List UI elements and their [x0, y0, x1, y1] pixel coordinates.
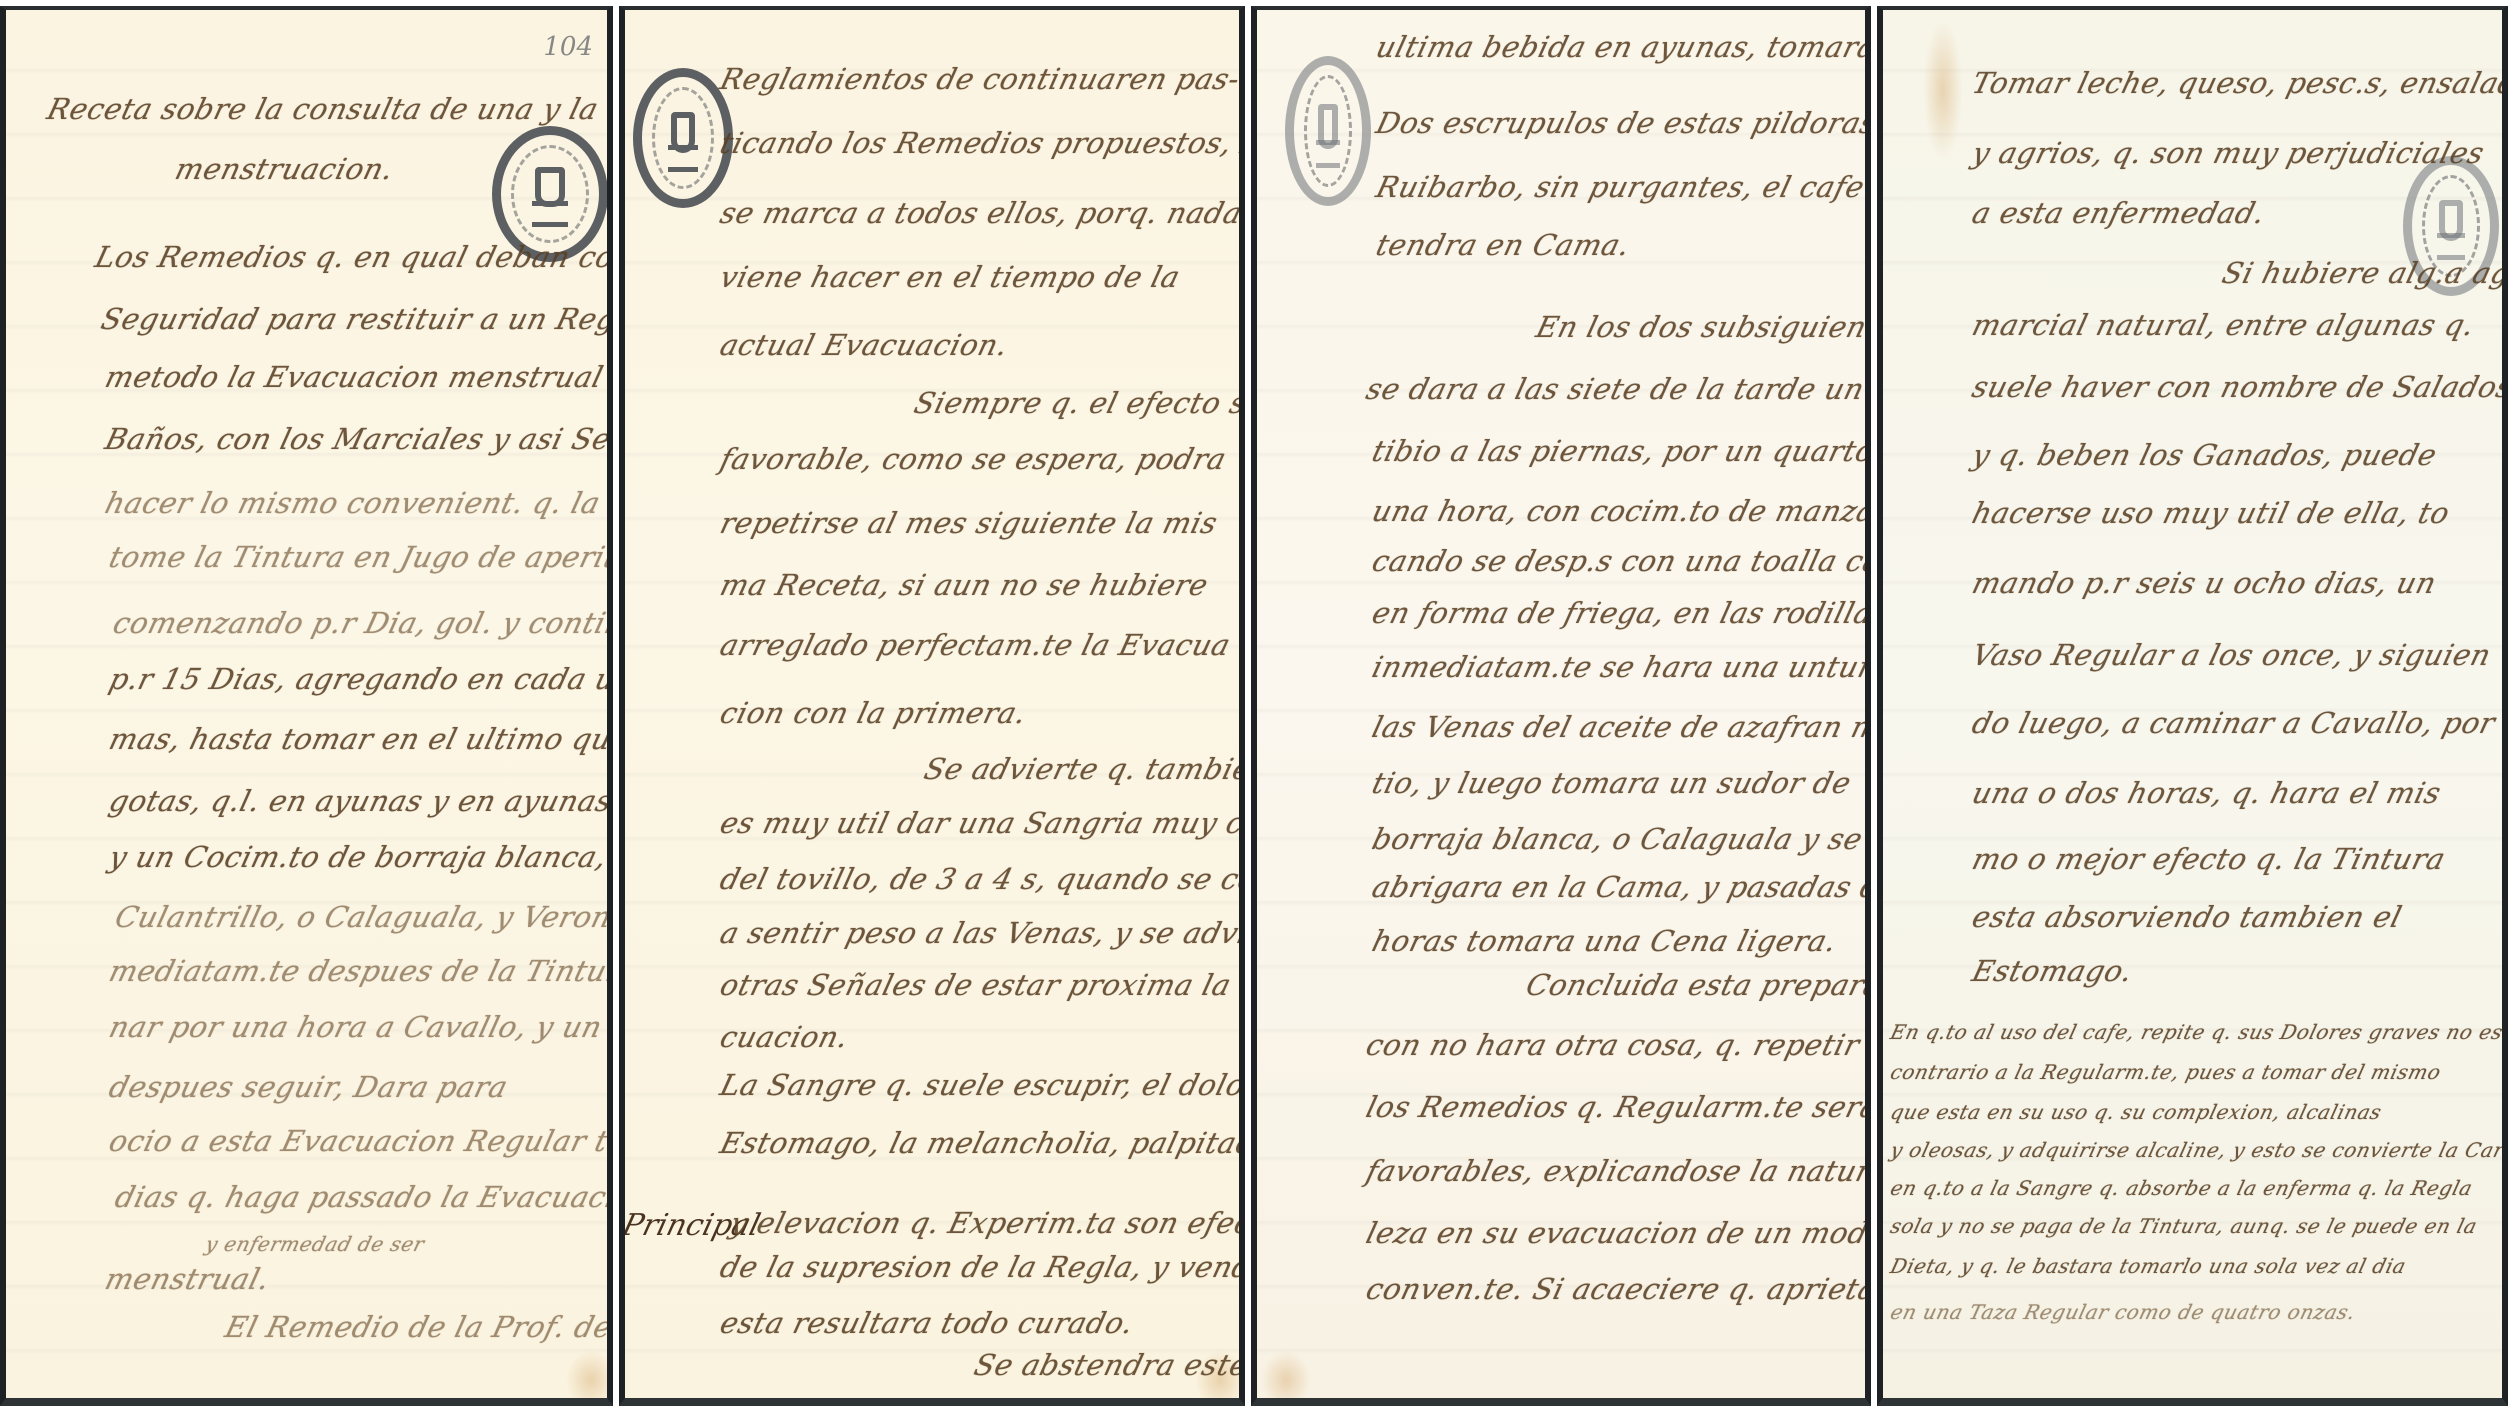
text-line: y enfermedad de ser	[203, 1232, 427, 1256]
text-line: ocio a esta Evacuacion Regular tres	[106, 1124, 613, 1158]
text-line: dias q. haga passado la Evacuacion	[112, 1180, 613, 1214]
text-line: y elevacion q. Experim.ta son efectos	[727, 1206, 1245, 1240]
text-line: Seguridad para restituir a un Regular	[98, 302, 613, 336]
text-line: a esta enfermedad.	[1969, 196, 2269, 230]
text-line: do luego, a caminar a Cavallo, por	[1969, 706, 2499, 740]
text-line: esta resultara todo curado.	[717, 1306, 1138, 1340]
handwritten-text: Tomar leche, queso, pesc.s, ensalad y ag…	[1883, 10, 2502, 1398]
text-line: cion con la primera.	[717, 696, 1030, 730]
text-line: Estomago.	[1969, 954, 2137, 988]
text-line: es muy util dar una Sangria muy corta	[717, 806, 1245, 840]
text-line: Estomago, la melancholia, palpitacion	[717, 1126, 1245, 1160]
text-line: Se abstendra este	[971, 1348, 1245, 1382]
text-line: repetirse al mes siguiente la mis	[717, 506, 1221, 540]
text-line: La Sangre q. suele escupir, el dolor del	[717, 1068, 1245, 1102]
text-line: con no hara otra cosa, q. repetir	[1363, 1028, 1864, 1062]
text-line: horas tomara una Cena ligera.	[1369, 924, 1841, 958]
text-line: abrigara en la Cama, y pasadas dos	[1369, 870, 1871, 904]
text-line: comenzando p.r Dia, gol. y continuando	[110, 606, 613, 640]
handwritten-text: Reglamientos de continuaren pas- ticando…	[625, 10, 1239, 1398]
manuscript-page-2: Principal Reglamientos de continuaren pa…	[619, 6, 1245, 1406]
text-line: Dieta, y q. le bastara tomarlo una sola …	[1888, 1254, 2409, 1278]
text-line: actual Evacuacion.	[717, 328, 1012, 362]
text-line: metodo la Evacuacion menstrual seran	[102, 360, 613, 394]
text-line: ultima bebida en ayunas, tomara	[1373, 30, 1871, 64]
text-line: hacer lo mismo convenient. q. la enferma	[102, 486, 613, 520]
text-line: mando p.r seis u ocho dias, un	[1969, 566, 2440, 600]
text-line: Concluida esta preparacion	[1523, 968, 1871, 1002]
manuscript-strip: 104 Receta sobre la consulta de una y la…	[0, 0, 2508, 1415]
text-line: En q.to al uso del cafe, repite q. sus D…	[1888, 1020, 2506, 1044]
text-line: tome la Tintura en Jugo de aperitivas	[106, 540, 613, 574]
text-line: de la supresion de la Regla, y vendra	[717, 1250, 1245, 1284]
text-line: El Remedio de la Prof. de la	[222, 1310, 613, 1344]
text-line: gotas, q.l. en ayunas y en ayunas	[106, 784, 613, 818]
text-line: Se advierte q. tambien	[921, 752, 1245, 786]
text-line: del tovillo, de 3 a 4 s, quando se comie…	[717, 862, 1245, 896]
text-line: las Venas del aceite de azafran mar	[1369, 710, 1871, 744]
text-line: Reglamientos de continuaren pas-	[717, 62, 1244, 96]
text-line: y un Cocim.to de borraja blanca, de	[106, 840, 613, 874]
text-line: suele haver con nombre de Salados	[1969, 370, 2508, 404]
text-line: leza en su evacuacion de un modo	[1363, 1216, 1871, 1250]
text-line: que esta en su uso q. su complexion, alc…	[1888, 1100, 2384, 1124]
text-line: Los Remedios q. en qual deban con	[92, 240, 613, 274]
text-line: ticando los Remedios propuestos, Dara	[717, 126, 1245, 160]
handwritten-text: Receta sobre la consulta de una y la men…	[6, 10, 607, 1398]
text-line: una hora, con cocim.to de manzanilla, se	[1369, 494, 1871, 528]
text-line: nar por una hora a Cavallo, y un rato	[106, 1010, 613, 1044]
text-line: despues seguir, Dara para	[106, 1070, 512, 1104]
text-line: Vaso Regular a los once, y siguien	[1969, 638, 2495, 672]
text-line: En los dos subsiguientes Dias	[1533, 310, 1871, 344]
text-line: conven.te. Si acaeciere q. aprieta la	[1363, 1272, 1871, 1306]
text-line: cando se desp.s con una toalla caliente	[1369, 544, 1871, 578]
text-line: los Remedios q. Regularm.te seran	[1363, 1090, 1871, 1124]
text-line: se dara a las siete de la tarde un baño	[1363, 372, 1871, 406]
text-line: p.r 15 Dias, agregando en cada uno dos	[106, 662, 613, 696]
text-line: esta absorviendo tambien el	[1969, 900, 2406, 934]
text-line: en una Taza Regular como de quatro onzas…	[1888, 1300, 2358, 1324]
text-line: borraja blanca, o Calaguala y se	[1369, 822, 1866, 856]
text-line: Culantrillo, o Calaguala, y Veronica en	[112, 900, 613, 934]
handwritten-text: ultima bebida en ayunas, tomara Dos escr…	[1257, 10, 1865, 1398]
text-line: y q. beben los Ganados, puede	[1969, 438, 2441, 472]
text-line: tibio a las piernas, por un quarto de	[1369, 434, 1871, 468]
text-line: sola y no se paga de la Tintura, aunq. s…	[1888, 1214, 2480, 1238]
text-line: viene hacer en el tiempo de la	[717, 260, 1184, 294]
text-line: tio, y luego tomara un sudor de	[1369, 766, 1855, 800]
manuscript-page-1: 104 Receta sobre la consulta de una y la…	[0, 6, 613, 1406]
text-line: y agrios, q. son muy perjudiciales	[1969, 136, 2488, 170]
text-line: Ruibarbo, sin purgantes, el cafe y se ma…	[1373, 170, 1871, 204]
text-line: mo o mejor efecto q. la Tintura	[1969, 842, 2449, 876]
text-line: mas, hasta tomar en el ultimo quince	[106, 722, 613, 756]
text-line: una o dos horas, q. hara el mis	[1969, 776, 2445, 810]
text-line: contrario a la Regularm.te, pues a tomar…	[1888, 1060, 2444, 1084]
text-line: Tomar leche, queso, pesc.s, ensalad	[1969, 66, 2508, 100]
text-line: tendra en Cama.	[1373, 228, 1634, 262]
text-line: en q.to a la Sangre q. absorbe a la enfe…	[1888, 1176, 2475, 1200]
text-line: favorable, como se espera, podra	[717, 442, 1230, 476]
text-line: Dos escrupulos de estas pildoras de	[1373, 106, 1871, 140]
text-line: ma Receta, si aun no se hubiere	[717, 568, 1212, 602]
text-line: Receta sobre la consulta de una y la	[44, 92, 602, 126]
text-line: menstrual.	[102, 1262, 274, 1296]
manuscript-page-3: ultima bebida en ayunas, tomara Dos escr…	[1251, 6, 1871, 1406]
text-line: a sentir peso a las Venas, y se advierte	[717, 916, 1245, 950]
text-line: Si hubiere alg.a agua	[2219, 256, 2508, 290]
text-line: marcial natural, entre algunas q.	[1969, 308, 2478, 342]
text-line: y oleosas, y adquirirse alcaline, y esto…	[1888, 1138, 2508, 1162]
text-line: Siempre q. el efecto sea	[911, 386, 1245, 420]
text-line: hacerse uso muy util de ella, to	[1969, 496, 2454, 530]
text-line: en forma de friega, en las rodillas y ab…	[1369, 596, 1871, 630]
text-line: cuacion.	[717, 1020, 853, 1054]
text-line: otras Señales de estar proxima la eva	[717, 968, 1245, 1002]
text-line: arreglado perfectam.te la Evacua	[717, 628, 1234, 662]
text-line: favorables, explicandose la natura	[1363, 1154, 1871, 1188]
text-line: inmediatam.te se hara una untura a	[1369, 650, 1871, 684]
text-line: mediatam.te despues de la Tintura, o Cam…	[106, 954, 613, 988]
text-line: menstruacion.	[172, 152, 398, 186]
text-line: Baños, con los Marciales y asi Sera	[102, 422, 613, 456]
manuscript-page-4: Tomar leche, queso, pesc.s, ensalad y ag…	[1877, 6, 2508, 1406]
text-line: se marca a todos ellos, porq. nada con	[717, 196, 1245, 230]
